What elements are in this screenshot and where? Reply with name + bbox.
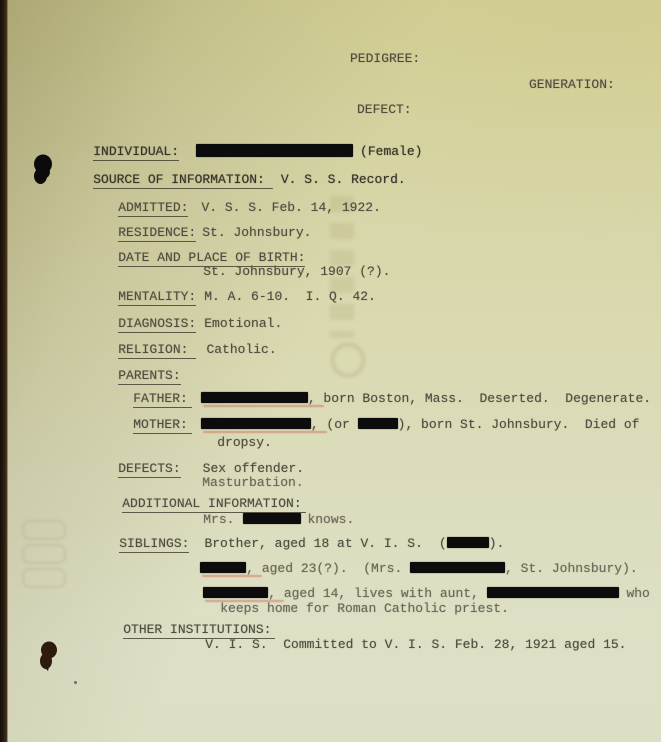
generation-label: GENERATION:	[529, 77, 615, 92]
redaction-bar-sibling2-mrs	[410, 562, 505, 573]
punch-hole-top	[30, 154, 56, 193]
mother-mid-text: , (or	[311, 417, 358, 432]
generation-heading: GENERATION:	[529, 78, 615, 91]
individual-label: INDIVIDUAL:	[93, 144, 179, 161]
mother-line: MOTHER:, (or ), born St. Johnsbury. Died…	[102, 405, 639, 444]
redaction-bar-sibling2-name	[200, 562, 246, 573]
pedigree-heading: PEDIGREE:	[350, 52, 420, 65]
redaction-bar-father-name	[201, 392, 308, 403]
defect-heading: DEFECT:	[357, 103, 412, 116]
paper-speck	[74, 681, 77, 684]
punch-hole-bottom	[36, 641, 60, 678]
redaction-bar-mother-alias	[358, 418, 398, 429]
mother-after-text: ), born St. Johnsbury. Died of	[398, 417, 640, 432]
redaction-bar-informant-name	[243, 513, 301, 524]
pedigree-label: PEDIGREE:	[350, 51, 420, 66]
defect-label: DEFECT:	[357, 102, 412, 117]
father-text: , born Boston, Mass. Deserted. Degenerat…	[308, 391, 651, 406]
redaction-bar-sibling1	[447, 537, 489, 548]
other-institutions-value-line: V. I. S. Committed to V. I. S. Feb. 28, …	[174, 625, 627, 664]
scan-left-edge	[0, 0, 8, 742]
source-label: SOURCE OF INFORMATION:	[93, 172, 273, 189]
sibling3-end: who	[619, 586, 650, 601]
mother-continuation: dropsy.	[217, 435, 272, 450]
diagnosis-value: Emotional.	[204, 316, 282, 331]
mother-label: MOTHER:	[133, 417, 192, 434]
religion-value: Catholic.	[206, 342, 276, 357]
other-institutions-value: V. I. S. Committed to V. I. S. Feb. 28, …	[205, 637, 626, 652]
redaction-bar-individual-name	[196, 144, 353, 157]
mentality-value: M. A. 6-10. I. Q. 42.	[204, 289, 376, 304]
scanned-document-photo: PEDIGREE: GENERATION: DEFECT: INDIVIDUAL…	[0, 0, 661, 742]
source-value: V. S. S. Record.	[281, 172, 406, 187]
individual-gender: (Female)	[360, 144, 422, 159]
